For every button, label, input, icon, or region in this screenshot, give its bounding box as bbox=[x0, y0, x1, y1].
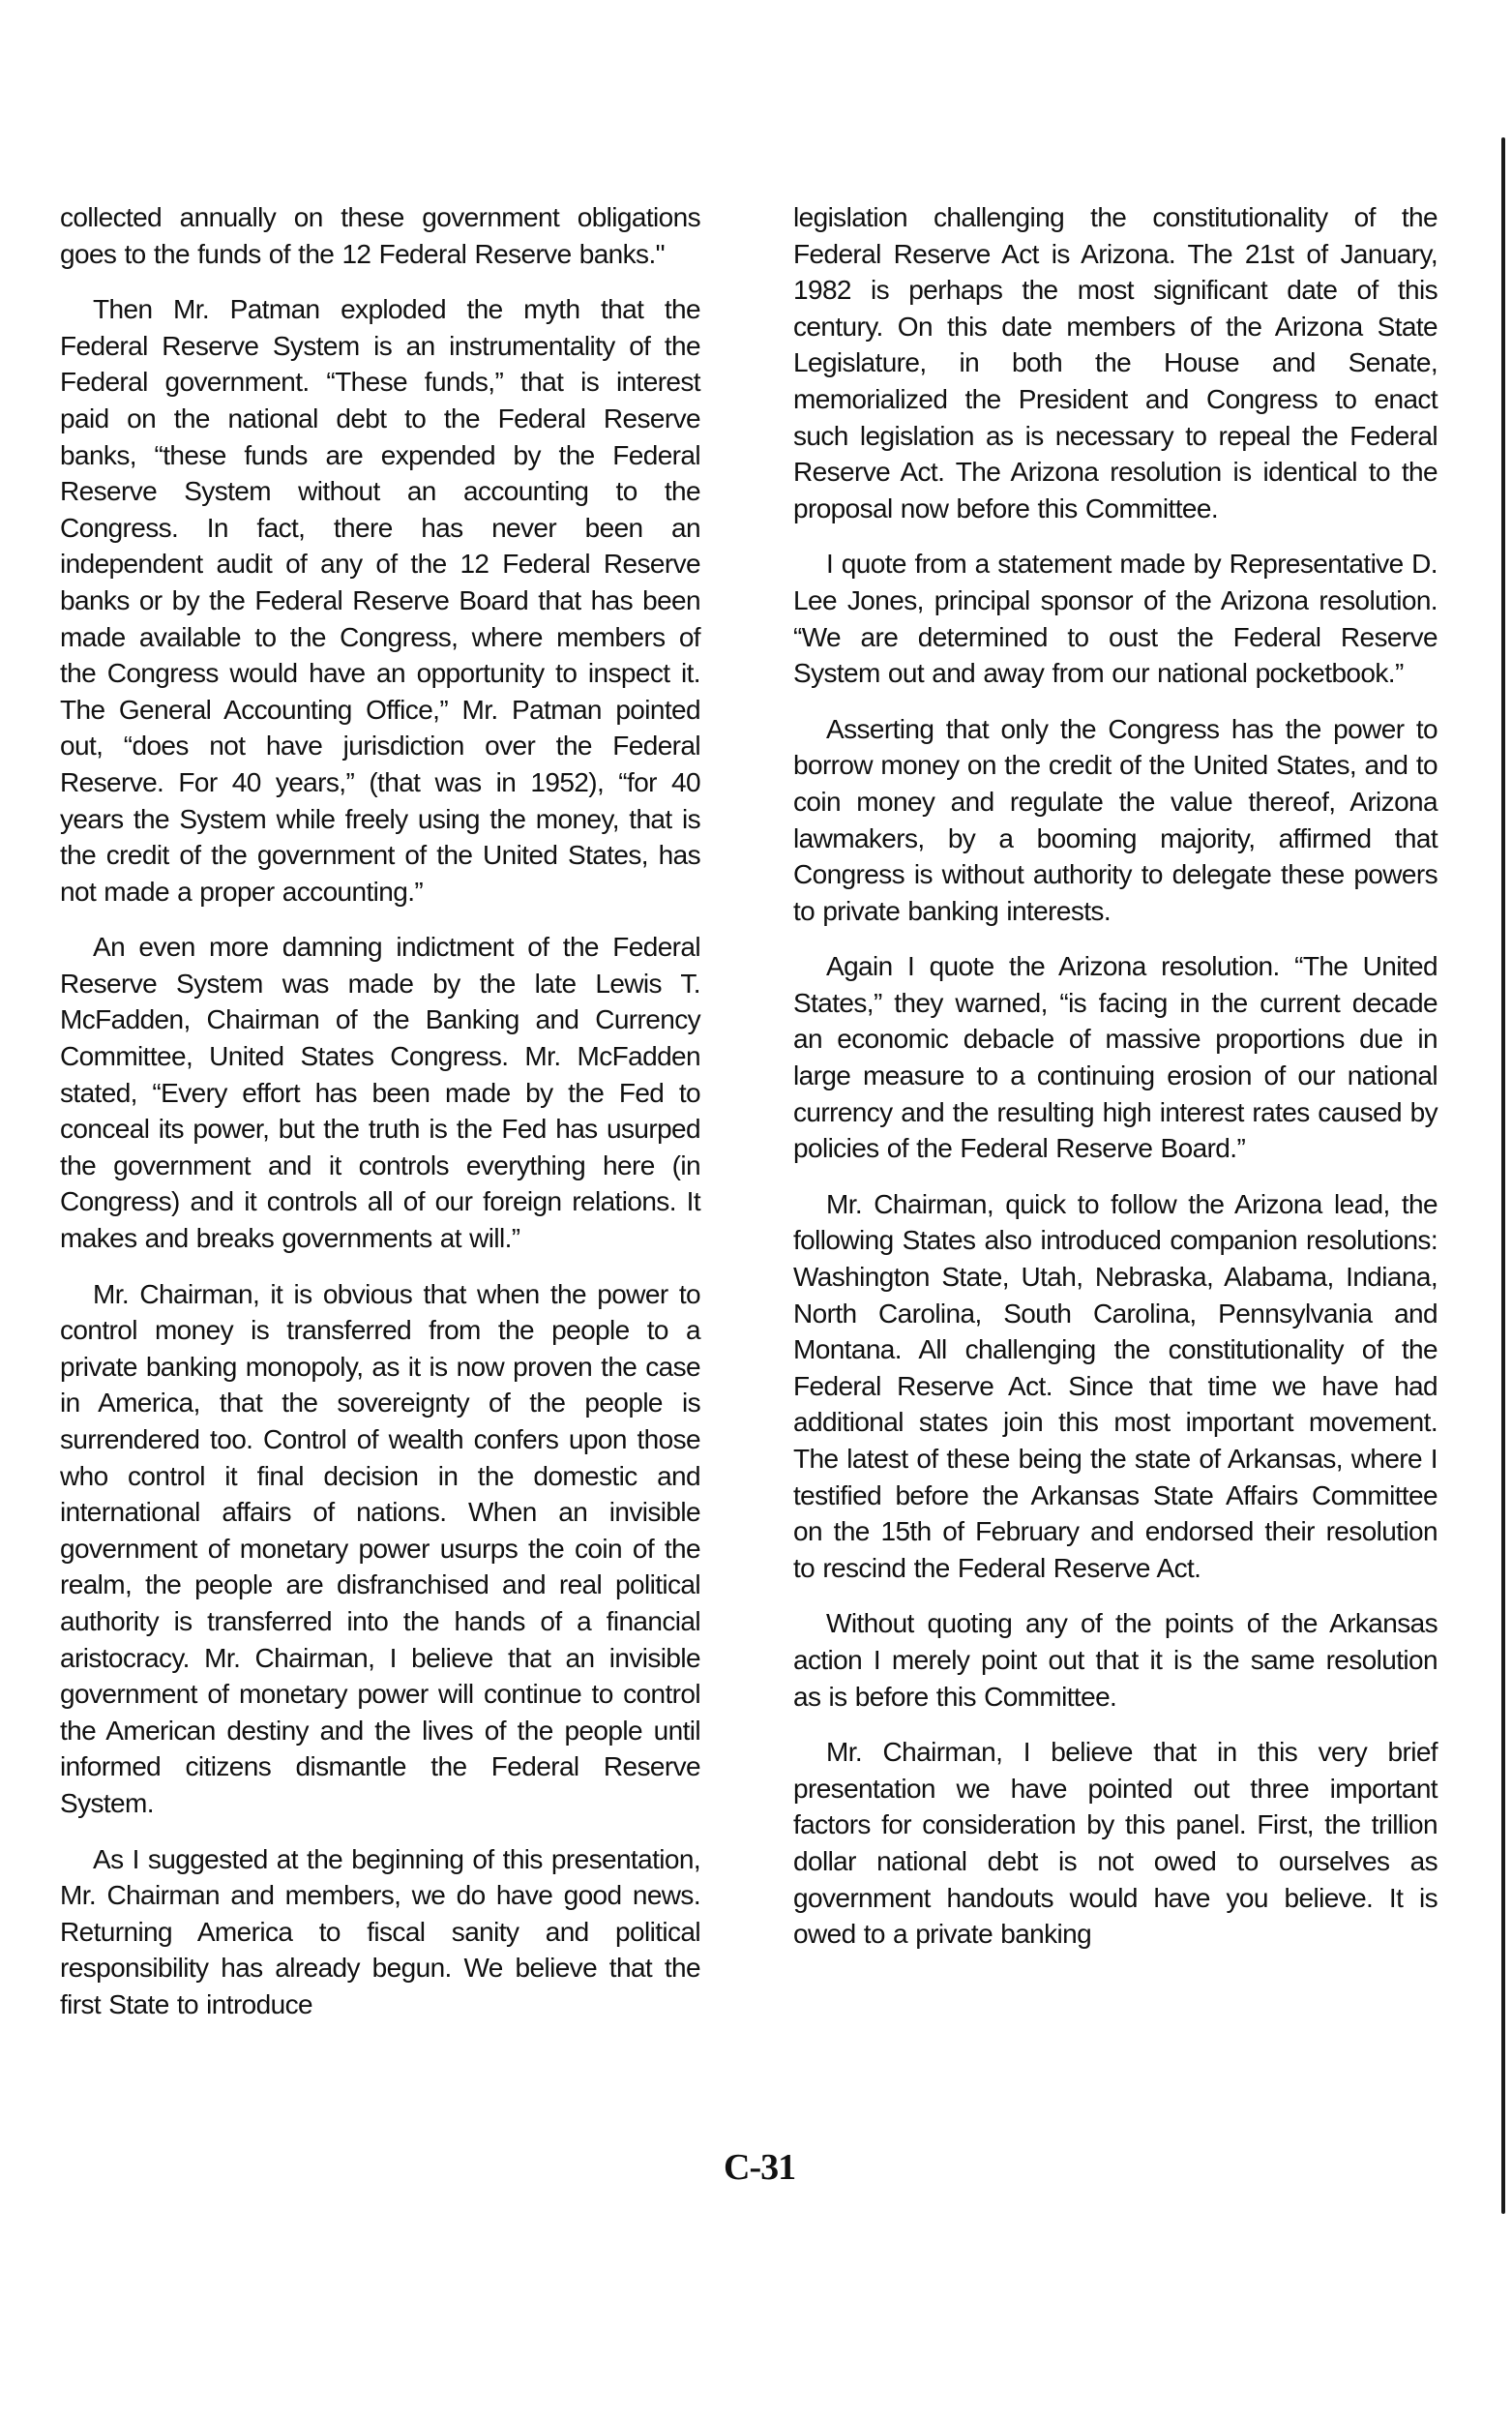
paragraph: I quote from a statement made by Represe… bbox=[793, 546, 1438, 691]
document-page: collected annually on these government o… bbox=[0, 0, 1512, 2419]
paragraph-continued: legislation challenging the constitution… bbox=[793, 199, 1438, 526]
paragraph: Mr. Chairman, it is obvious that when th… bbox=[60, 1276, 700, 1822]
paragraph: An even more damning indictment of the F… bbox=[60, 929, 700, 1256]
paragraph: Without quoting any of the points of the… bbox=[793, 1605, 1438, 1715]
paragraph: As I suggested at the beginning of this … bbox=[60, 1841, 700, 2023]
page-edge-line bbox=[1501, 137, 1505, 2214]
paragraph: Again I quote the Arizona resolution. “T… bbox=[793, 948, 1438, 1167]
page-number: C-31 bbox=[724, 2146, 795, 2189]
right-text-column: legislation challenging the constitution… bbox=[793, 199, 1438, 1972]
paragraph: Asserting that only the Congress has the… bbox=[793, 711, 1438, 930]
paragraph: Mr. Chairman, I believe that in this ver… bbox=[793, 1734, 1438, 1953]
paragraph: Then Mr. Patman exploded the myth that t… bbox=[60, 291, 700, 910]
left-text-column: collected annually on these government o… bbox=[60, 199, 700, 2043]
paragraph: Mr. Chairman, quick to follow the Arizon… bbox=[793, 1186, 1438, 1587]
paragraph-continued: collected annually on these government o… bbox=[60, 199, 700, 272]
